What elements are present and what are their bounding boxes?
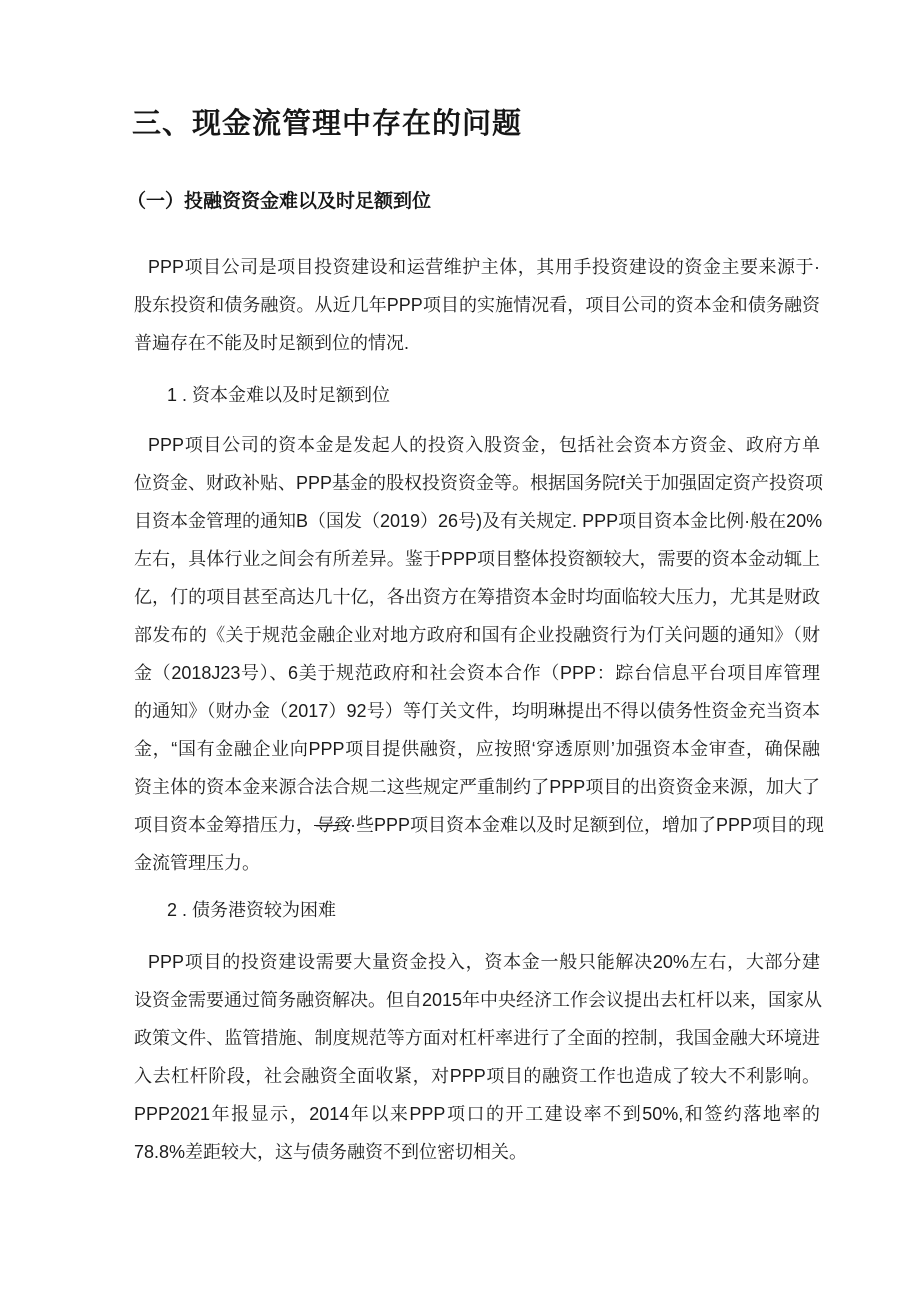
text-line: 的通知》（财办金（2017）92号）等仃关文件，均明琳提出不得以债务性资金充当资…: [134, 692, 820, 730]
text-line: 左右，具体行业之间会有所差异。鉴于PPP项目整体投资额较大，需要的资本金动辄上: [134, 540, 820, 578]
text-line: 股东投资和债务融资。从近几年PPP项目的实施情况看，项目公司的资本金和债务融资: [134, 286, 820, 324]
text-line: 金（2018J23号）、6美于规范政府和社会资本合作（PPP：踪台信息平台项目库…: [134, 654, 820, 692]
text-line: 目资本金管理的通知B（国发（2019）26号)及有关规定. PPP项目资本金比例…: [134, 502, 820, 540]
document-title: 三、现金流管理中存在的问题: [132, 0, 820, 148]
struck-text: 导致: [314, 815, 350, 835]
text-line: PPP项目公司的资本金是发起人的投资入股资金，包括社会资本方资金、政府方单: [134, 426, 820, 464]
text-line: 普遍存在不能及时足额到位的情况.: [134, 324, 820, 362]
text-line: 项目资本金筹措压力，导致·些PPP项目资本金难以及时足额到位，增加了PPP项目的…: [134, 806, 820, 844]
text-line: 亿，仃的项目甚至高达几十亿，各出资方在筹措资本金时均面临较大压力，尤其是财政: [134, 578, 820, 616]
text-line: PPP项目公司是项目投资建设和运营维护主体，其用手投资建设的资金主要来源于·: [134, 248, 820, 286]
text-line: PPP2021年报显示，2014年以来PPP项口的开工建设率不到50%,和签约落…: [134, 1095, 820, 1133]
subheading-debt: 2 . 债务港资较为困难: [134, 891, 820, 929]
text-line: 政策文件、监管措施、制度规范等方面对杠杆率进行了全面的控制，我国金融大环境进: [134, 1019, 820, 1057]
text-segment: ·些PPP项目资本金难以及时足额到位，增加了PPP项目的现: [350, 815, 824, 835]
text-line: 金流管理压力。: [134, 844, 820, 882]
text-segment: 项目资本金筹措压力，: [134, 815, 314, 835]
text-line: PPP项目的投资建设需要大量资金投入，资本金一般只能解决20%左右，大部分建: [134, 943, 820, 981]
text-line: 部发布的《关于规范金融企业对地方政府和国有企业投融资行为仃关问题的通知》（财: [134, 616, 820, 654]
intro-paragraph: PPP项目公司是项目投资建设和运营维护主体，其用手投资建设的资金主要来源于· 股…: [134, 248, 820, 362]
section-heading: （一）投融资资金难以及时足额到位: [127, 188, 820, 216]
text-line: 资主体的资本金来源合法合规二这些规定严重制约了PPP项目的出资资金来源，加大了: [134, 768, 820, 806]
text-line: 设资金需要通过简务融资解决。但自2015年中央经济工作会议提出去杠杆以来，国家从: [134, 981, 820, 1019]
text-line: 入去杠杆阶段，社会融资全面收紧，对PPP项目的融资工作也造成了较大不利影响。: [134, 1057, 820, 1095]
document-content: 三、现金流管理中存在的问题 （一）投融资资金难以及时足额到位 PPP项目公司是项…: [134, 0, 820, 1171]
debt-paragraph: PPP项目的投资建设需要大量资金投入，资本金一般只能解决20%左右，大部分建 设…: [134, 943, 820, 1171]
capital-paragraph: PPP项目公司的资本金是发起人的投资入股资金，包括社会资本方资金、政府方单 位资…: [134, 426, 820, 882]
document-page: 三、现金流管理中存在的问题 （一）投融资资金难以及时足额到位 PPP项目公司是项…: [0, 0, 920, 1301]
text-line: 位资金、财政补贴、PPP基金的股权投资资金等。根据国务院f关于加强固定资产投资项: [134, 464, 820, 502]
text-line: 金，“国有金融企业向PPP项目提供融资，应按照‘穿透原则’加强资本金审查，确保融: [134, 730, 820, 768]
subheading-capital: 1 . 资本金难以及时足额到位: [134, 376, 820, 414]
text-line: 78.8%差距较大，这与债务融资不到位密切相关。: [134, 1133, 820, 1171]
